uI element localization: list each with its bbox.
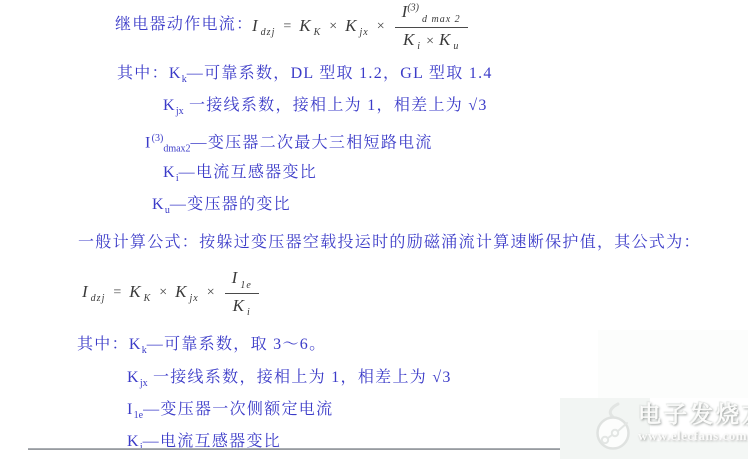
var-K-sub: i: [247, 307, 251, 318]
var-K-sub: u: [453, 41, 459, 52]
definition-line: Kjx 一接线系数，接相上为 1，相差上为 √3: [127, 368, 452, 394]
var-K: K: [345, 16, 356, 35]
def-sup: (3): [152, 133, 164, 144]
def-sub: jx: [140, 378, 148, 389]
fraction: I1e Ki: [225, 268, 259, 318]
def-text: 其中：K: [117, 65, 182, 82]
var-K-sub: K: [314, 27, 322, 38]
def-text: —电流互感器变比: [179, 164, 317, 181]
equals-sign: =: [275, 19, 299, 35]
formula2-kk: KK: [129, 282, 151, 304]
fraction-denominator: Ki: [233, 294, 251, 318]
def-text: K: [163, 164, 176, 181]
var-I: I: [82, 282, 88, 301]
equals-sign: =: [105, 285, 129, 301]
definition-line: 其中：Kk—可靠系数，DL 型取 1.2，GL 型取 1.4: [117, 64, 493, 90]
formula-quickbreak: Idzj = KK × Kjx × I1e Ki: [82, 268, 259, 318]
var-K-sub: jx: [190, 293, 199, 304]
definition-line: Ku—变压器的变比: [152, 195, 291, 221]
multiply-sign: ×: [151, 285, 175, 301]
def-text: 一接线系数，接相上为 1，相差上为 √3: [148, 369, 452, 386]
formula1-kk: KK: [299, 16, 321, 38]
def-text: —变压器的变比: [170, 196, 291, 213]
definition-line: I1e—变压器一次侧额定电流: [127, 400, 333, 426]
formula2-kjx: Kjx: [175, 282, 199, 304]
definition-line: Ki—电流互感器变比: [163, 163, 317, 189]
def-text: I: [127, 401, 134, 418]
horizontal-divider: [28, 448, 560, 450]
def-text: K: [163, 97, 176, 114]
def-text: —变压器二次最大三相短路电流: [191, 134, 433, 151]
def-text: K: [152, 196, 165, 213]
definition-line: I(3)dmax2—变压器二次最大三相短路电流: [145, 129, 433, 160]
var-K: K: [175, 282, 186, 301]
multiply-sign: ×: [369, 19, 393, 35]
formula1-kjx: Kjx: [345, 16, 369, 38]
fraction-denominator: Ki×Ku: [403, 28, 459, 52]
var-I-sub: dzj: [91, 293, 106, 304]
multiply-sign: ×: [421, 34, 439, 49]
definition-line: 其中：Kk—可靠系数，取 3～6。: [77, 335, 326, 361]
watermark-tile: [598, 330, 748, 398]
def-sub: 1e: [134, 410, 143, 421]
definition-line: Ki—电流互感器变比: [127, 432, 281, 458]
var-K: K: [129, 282, 140, 301]
fraction-numerator: I1e: [225, 268, 259, 293]
def-sub: dmax2: [163, 144, 190, 155]
general-formula-line: 一般计算公式：按躲过变压器空载投运时的励磁涌流计算速断保护值，其公式为：: [78, 233, 701, 253]
watermark-title: 电子发烧友: [638, 402, 748, 428]
var-K: K: [233, 296, 244, 315]
watermark-url: www.elecfans.com: [638, 428, 748, 443]
heading-label: 继电器动作电流：: [115, 16, 253, 33]
def-text: —可靠系数，DL 型取 1.2，GL 型取 1.4: [187, 65, 493, 82]
document-page: 继电器动作电流： Idzj = KK × Kjx × I(3)d max 2 K…: [0, 0, 748, 459]
def-text: I: [145, 134, 152, 151]
def-text: 一接线系数，接相上为 1，相差上为 √3: [184, 97, 488, 114]
var-K: K: [403, 30, 414, 49]
definition-line: Kjx 一接线系数，接相上为 1，相差上为 √3: [163, 96, 488, 122]
var-I-sub: d max 2: [422, 14, 461, 25]
var-K: K: [439, 30, 450, 49]
formula2-lhs: Idzj: [82, 282, 105, 304]
def-sub: jx: [176, 106, 184, 117]
general-formula-label: 一般计算公式：按躲过变压器空载投运时的励磁涌流计算速断保护值，其公式为：: [78, 234, 701, 251]
multiply-sign: ×: [321, 19, 345, 35]
fraction-numerator: I(3)d max 2: [395, 2, 468, 27]
var-K: K: [299, 16, 310, 35]
var-K-sub: K: [144, 293, 152, 304]
elecfans-logo-icon: [592, 402, 634, 452]
var-I-sub: 1e: [240, 280, 251, 291]
heading-line: 继电器动作电流：: [115, 15, 253, 35]
watermark-text: 电子发烧友 www.elecfans.com: [638, 402, 748, 443]
def-text: —可靠系数，取 3～6。: [147, 336, 327, 353]
def-text: 其中：K: [77, 336, 142, 353]
formula-relay-current: Idzj = KK × Kjx × I(3)d max 2 Ki×Ku: [252, 2, 468, 52]
var-K-sub: jx: [360, 27, 369, 38]
watermark: 电子发烧友 www.elecfans.com: [592, 402, 748, 452]
var-I-sup: (3): [407, 2, 419, 13]
fraction: I(3)d max 2 Ki×Ku: [395, 2, 468, 52]
var-I-sub: dzj: [261, 27, 276, 38]
def-text: K: [127, 369, 140, 386]
def-text: —变压器一次侧额定电流: [143, 401, 333, 418]
formula1-lhs: Idzj: [252, 16, 275, 38]
var-I: I: [252, 16, 258, 35]
var-I: I: [232, 268, 238, 287]
multiply-sign: ×: [199, 285, 223, 301]
